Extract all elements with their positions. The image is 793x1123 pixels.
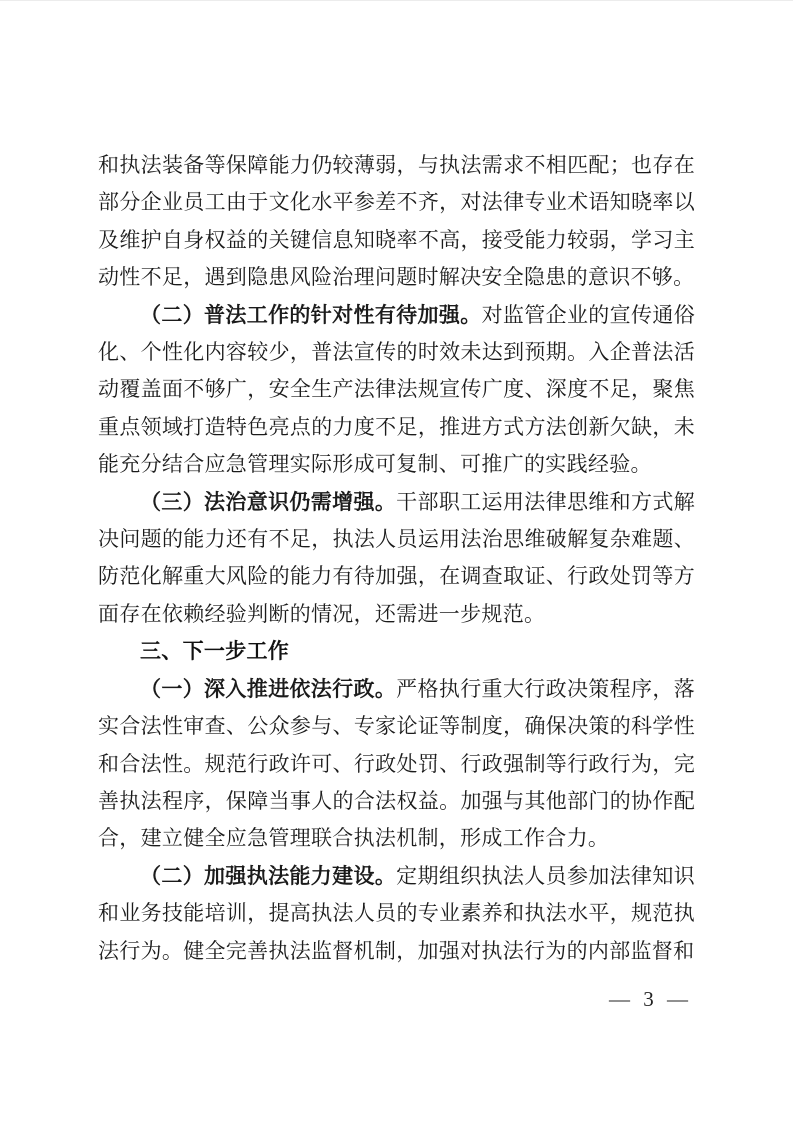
paragraph-continuation: 和执法装备等保障能力仍较薄弱，与执法需求不相匹配；也存在部分企业员工由于文化水平…	[98, 147, 695, 297]
paragraph-lead: （二）普法工作的针对性有待加强。	[140, 303, 482, 327]
paragraph-lead: （三）法治意识仍需增强。	[140, 490, 396, 514]
paragraph-text: 和执法装备等保障能力仍较薄弱，与执法需求不相匹配；也存在部分企业员工由于文化水平…	[98, 153, 695, 289]
section-heading-next-steps: 三、下一步工作	[98, 633, 695, 670]
paragraph-step-1: （一）深入推进依法行政。严格执行重大行政决策程序，落实合法性审查、公众参与、专家…	[98, 671, 695, 858]
paragraph-text: 对监管企业的宣传通俗化、个性化内容较少，普法宣传的时效未达到预期。入企普法活动覆…	[98, 303, 695, 477]
paragraph-step-2: （二）加强执法能力建设。定期组织执法人员参加法律知识和业务技能培训，提高执法人员…	[98, 858, 695, 970]
page-number: — 3 —	[609, 987, 689, 1012]
paragraph-issue-3: （三）法治意识仍需增强。干部职工运用法律思维和方式解决问题的能力还有不足，执法人…	[98, 484, 695, 634]
document-page: 和执法装备等保障能力仍较薄弱，与执法需求不相匹配；也存在部分企业员工由于文化水平…	[0, 0, 793, 1123]
paragraph-text: 严格执行重大行政决策程序，落实合法性审查、公众参与、专家论证等制度，确保决策的科…	[98, 677, 695, 851]
document-body: 和执法装备等保障能力仍较薄弱，与执法需求不相匹配；也存在部分企业员工由于文化水平…	[98, 147, 695, 970]
paragraph-issue-2: （二）普法工作的针对性有待加强。对监管企业的宣传通俗化、个性化内容较少，普法宣传…	[98, 297, 695, 484]
paragraph-lead: （二）加强执法能力建设。	[140, 864, 396, 888]
paragraph-lead: （一）深入推进依法行政。	[140, 677, 396, 701]
